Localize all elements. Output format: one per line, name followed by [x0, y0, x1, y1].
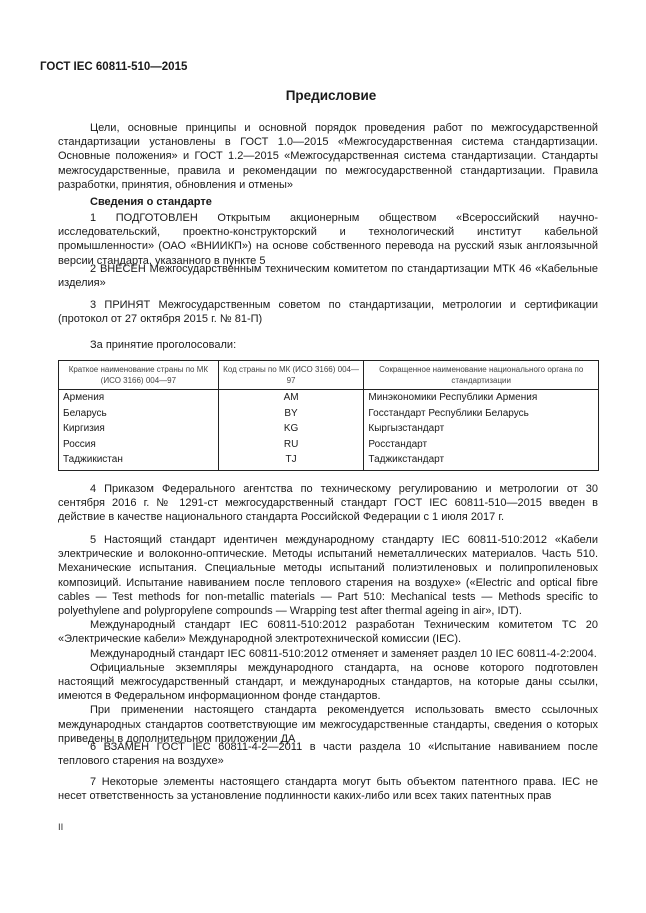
voted-label-text: За принятие проголосовали: [58, 338, 598, 352]
voting-countries-table: Краткое наименование страны по МК (ИСО 3… [58, 360, 599, 471]
item-5-paragraph: Международный стандарт IEC 60811-510:201… [58, 647, 598, 661]
table-row: АрменияAMМинэкономики Республики Армения [59, 390, 599, 406]
page-number: II [58, 822, 63, 833]
item-4: 4 Приказом Федерального агентства по тех… [58, 482, 598, 525]
intro-paragraph: Цели, основные принципы и основной поряд… [58, 121, 598, 192]
column-header-code: Код страны по МК (ИСО 3166) 004—97 [218, 361, 364, 390]
item-6: 6 ВЗАМЕН ГОСТ IEC 60811-4-2—2011 в части… [58, 740, 598, 768]
cell-country: Россия [59, 437, 219, 453]
cell-code: AM [218, 390, 364, 406]
item-5: 5 Настоящий стандарт идентичен междунаро… [58, 533, 598, 746]
table-header-row: Краткое наименование страны по МК (ИСО 3… [59, 361, 599, 390]
cell-organization: Росстандарт [364, 437, 599, 453]
table-row: ТаджикистанTJТаджикстандарт [59, 452, 599, 470]
item-5-paragraph: Официальные экземпляры международного ст… [58, 661, 598, 704]
item-1: 1 ПОДГОТОВЛЕН Открытым акционерным общес… [58, 211, 598, 268]
item-6-text: 6 ВЗАМЕН ГОСТ IEC 60811-4-2—2011 в части… [58, 740, 598, 768]
document-page: ГОСТ IEC 60811-510—2015 Предисловие Цели… [0, 0, 646, 913]
table-row: РоссияRUРосстандарт [59, 437, 599, 453]
item-2: 2 ВНЕСЕН Межгосударственным техническим … [58, 262, 598, 290]
cell-country: Таджикистан [59, 452, 219, 470]
item-4-text: 4 Приказом Федерального агентства по тех… [58, 482, 598, 525]
section-heading: Сведения о стандарте [90, 196, 212, 208]
intro-text: Цели, основные принципы и основной поряд… [58, 121, 598, 192]
cell-organization: Минэкономики Республики Армения [364, 390, 599, 406]
cell-code: RU [218, 437, 364, 453]
column-header-country: Краткое наименование страны по МК (ИСО 3… [59, 361, 219, 390]
table-row: БеларусьBYГосстандарт Республики Беларус… [59, 406, 599, 422]
cell-organization: Таджикстандарт [364, 452, 599, 470]
document-identifier: ГОСТ IEC 60811-510—2015 [40, 61, 187, 73]
cell-organization: Кыргызстандарт [364, 421, 599, 437]
cell-code: TJ [218, 452, 364, 470]
page-title: Предисловие [0, 88, 646, 103]
item-7-text: 7 Некоторые элементы настоящего стандарт… [58, 775, 598, 803]
item-3: 3 ПРИНЯТ Межгосударственным советом по с… [58, 298, 598, 326]
cell-organization: Госстандарт Республики Беларусь [364, 406, 599, 422]
cell-country: Киргизия [59, 421, 219, 437]
item-2-text: 2 ВНЕСЕН Межгосударственным техническим … [58, 262, 598, 290]
item-3-text: 3 ПРИНЯТ Межгосударственным советом по с… [58, 298, 598, 326]
item-5-paragraph: 5 Настоящий стандарт идентичен междунаро… [58, 533, 598, 618]
cell-country: Беларусь [59, 406, 219, 422]
column-header-organization: Сокращенное наименование национального о… [364, 361, 599, 390]
cell-code: KG [218, 421, 364, 437]
table-row: КиргизияKGКыргызстандарт [59, 421, 599, 437]
cell-country: Армения [59, 390, 219, 406]
item-1-text: 1 ПОДГОТОВЛЕН Открытым акционерным общес… [58, 211, 598, 268]
item-7: 7 Некоторые элементы настоящего стандарт… [58, 775, 598, 803]
item-5-paragraph: Международный стандарт IEC 60811-510:201… [58, 618, 598, 646]
cell-code: BY [218, 406, 364, 422]
voted-label: За принятие проголосовали: [58, 338, 598, 352]
